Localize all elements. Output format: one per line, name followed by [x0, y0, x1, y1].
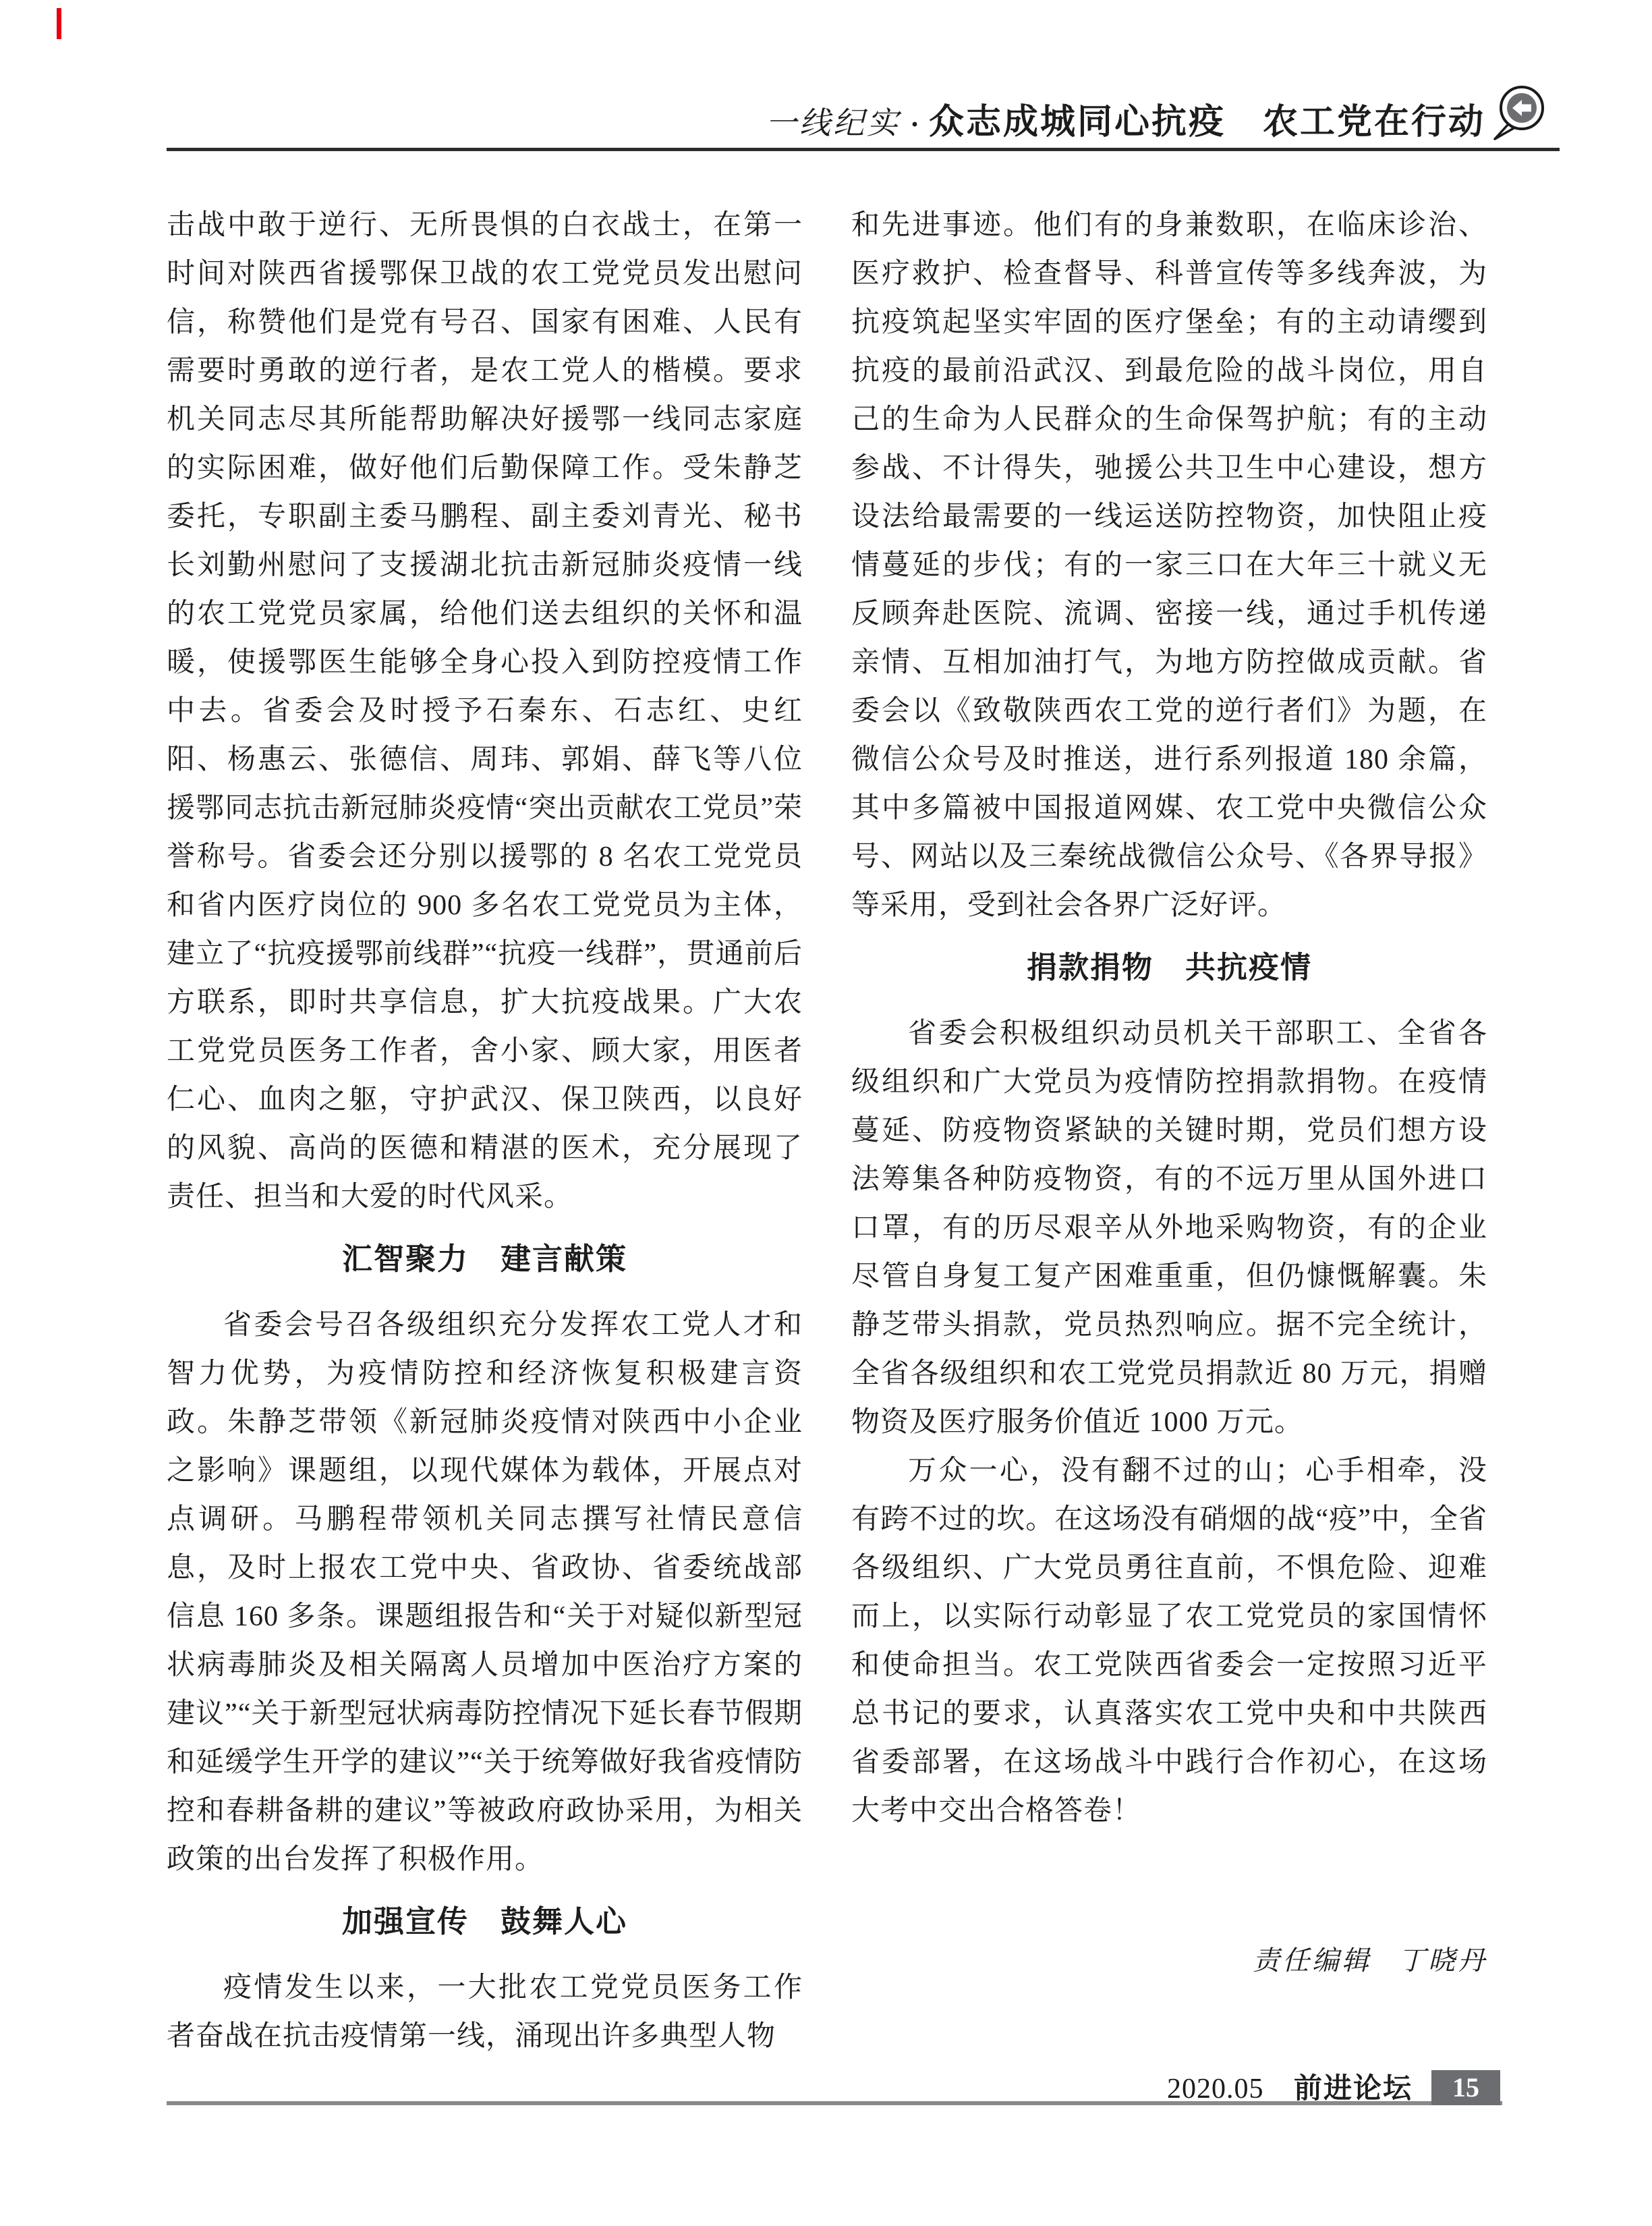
editor-label: 责任编辑 — [1253, 1945, 1371, 1976]
section-heading: 加强宣传 鼓舞人心 — [167, 1897, 803, 1946]
header-kicker: 一线纪实 — [766, 99, 901, 143]
body-paragraph: 省委会号召各级组织充分发挥农工党人才和智力优势，为疫情防控和经济恢复积极建言资政… — [167, 1301, 803, 1884]
body-paragraph: 击战中敢于逆行、无所畏惧的白衣战士，在第一时间对陕西省援鄂保卫战的农工党党员发出… — [167, 201, 803, 1221]
footer-journal-name: 前进论坛 — [1271, 2074, 1413, 2105]
right-column: 和先进事迹。他们有的身兼数职，在临床诊治、医疗救护、检查督导、科普宣传等多线奔波… — [851, 201, 1487, 1985]
header-title: 众志成城同心抗疫 农工党在行动 — [929, 93, 1485, 144]
section-heading: 汇智聚力 建言献策 — [167, 1235, 803, 1283]
editor-name: 丁晓丹 — [1371, 1945, 1487, 1976]
section-heading: 捐款捐物 共抗疫情 — [851, 943, 1487, 992]
body-paragraph: 和先进事迹。他们有的身兼数职，在临床诊治、医疗救护、检查督导、科普宣传等多线奔波… — [851, 201, 1487, 930]
header-rule — [167, 148, 1560, 151]
page-header: 一线纪实 · 众志成城同心抗疫 农工党在行动 — [167, 93, 1485, 144]
red-corner-mark — [57, 8, 61, 39]
left-column: 击战中敢于逆行、无所畏惧的白衣战士，在第一时间对陕西省援鄂保卫战的农工党党员发出… — [167, 201, 803, 2061]
header-dot-separator: · — [901, 109, 929, 141]
editor-credit-line: 责任编辑丁晓丹 — [851, 1937, 1487, 1985]
back-arrow-icon — [1491, 81, 1556, 146]
body-paragraph: 省委会积极组织动员机关干部职工、全省各级组织和广大党员为疫情防控捐款捐物。在疫情… — [851, 1009, 1487, 1447]
footer-text: 2020.05 前进论坛 — [1167, 2066, 1413, 2107]
page-number-badge: 15 — [1431, 2070, 1500, 2105]
body-paragraph: 疫情发生以来，一大批农工党党员医务工作者奋战在抗击疫情第一线，涌现出许多典型人物 — [167, 1964, 803, 2061]
magazine-page: 一线纪实 · 众志成城同心抗疫 农工党在行动 击战中敢于逆行、无所畏惧的白衣战士… — [0, 0, 1652, 2226]
back-arrow-bubble-icon — [1491, 81, 1556, 146]
body-paragraph: 万众一心，没有翻不过的山；心手相牵，没有跨不过的坎。在这场没有硝烟的战“疫”中，… — [851, 1447, 1487, 1835]
footer-issue: 2020.05 — [1167, 2074, 1264, 2105]
